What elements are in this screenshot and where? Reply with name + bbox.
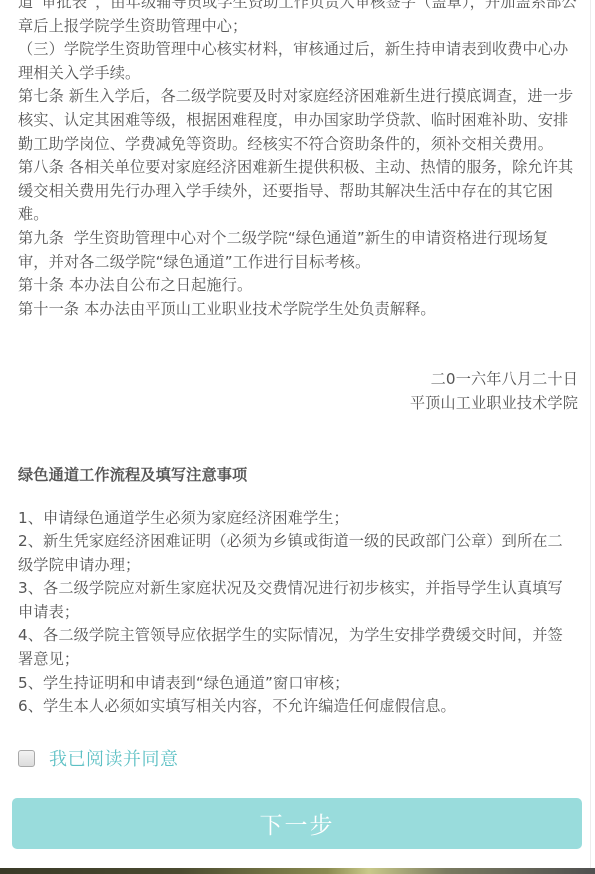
background-strip (0, 868, 595, 874)
signature-institution: 平顶山工业职业技术学院 (18, 392, 578, 416)
paragraph-article-11: 第十一条 本办法由平顶山工业职业技术学院学生处负责解释。 (18, 298, 578, 322)
note-item: 5、学生持证明和申请表到“绿色通道”窗口审核； (18, 672, 578, 696)
page-container: 道“审批表”，由年级辅导员或学生资助工作负责人审核签字（盖章），并加盖系部公章后… (0, 0, 591, 868)
note-item: 4、各二级学院主管领导应依据学生的实际情况，为学生安排学费缓交时间，并签署意见； (18, 624, 578, 671)
agree-checkbox[interactable] (18, 750, 35, 767)
agree-checkbox-row[interactable]: 我已阅读并同意 (18, 745, 179, 771)
paragraph-article-8: 第八条 各相关单位要对家庭经济困难新生提供积极、主动、热情的服务，除允许其缓交相… (18, 156, 578, 227)
note-item: 6、学生本人必须如实填写相关内容，不允许编造任何虚假信息。 (18, 695, 578, 719)
paragraph-article-9: 第九条 学生资助管理中心对个二级学院“绿色通道”新生的申请资格进行现场复审，并对… (18, 227, 578, 274)
note-item: 2、新生凭家庭经济困难证明（必须为乡镇或街道一级的民政部门公章）到所在二级学院申… (18, 530, 578, 577)
signature-block: 二0一六年八月二十日 平顶山工业职业技术学院 (18, 368, 578, 415)
notes-section-title: 绿色通道工作流程及填写注意事项 (18, 463, 578, 487)
paragraph-article-10: 第十条 本办法自公布之日起施行。 (18, 274, 578, 298)
paragraph-item-three: （三）学院学生资助管理中心核实材料，审核通过后，新生持申请表到收费中心办理相关入… (18, 38, 578, 85)
document-content: 道“审批表”，由年级辅导员或学生资助工作负责人审核签字（盖章），并加盖系部公章后… (18, 0, 578, 719)
note-item: 3、各二级学院应对新生家庭状况及交费情况进行初步核实，并指导学生认真填写申请表； (18, 577, 578, 624)
next-step-button[interactable]: 下一步 (12, 798, 582, 849)
note-item: 1、申请绿色通道学生必须为家庭经济困难学生； (18, 507, 578, 531)
paragraph-approval-form: 道“审批表”，由年级辅导员或学生资助工作负责人审核签字（盖章），并加盖系部公章后… (18, 0, 578, 38)
notes-list: 1、申请绿色通道学生必须为家庭经济困难学生； 2、新生凭家庭经济困难证明（必须为… (18, 507, 578, 719)
paragraph-article-7: 第七条 新生入学后，各二级学院要及时对家庭经济困难新生进行摸底调查，进一步核实、… (18, 85, 578, 156)
agree-checkbox-label[interactable]: 我已阅读并同意 (49, 745, 179, 771)
signature-date: 二0一六年八月二十日 (18, 368, 578, 392)
